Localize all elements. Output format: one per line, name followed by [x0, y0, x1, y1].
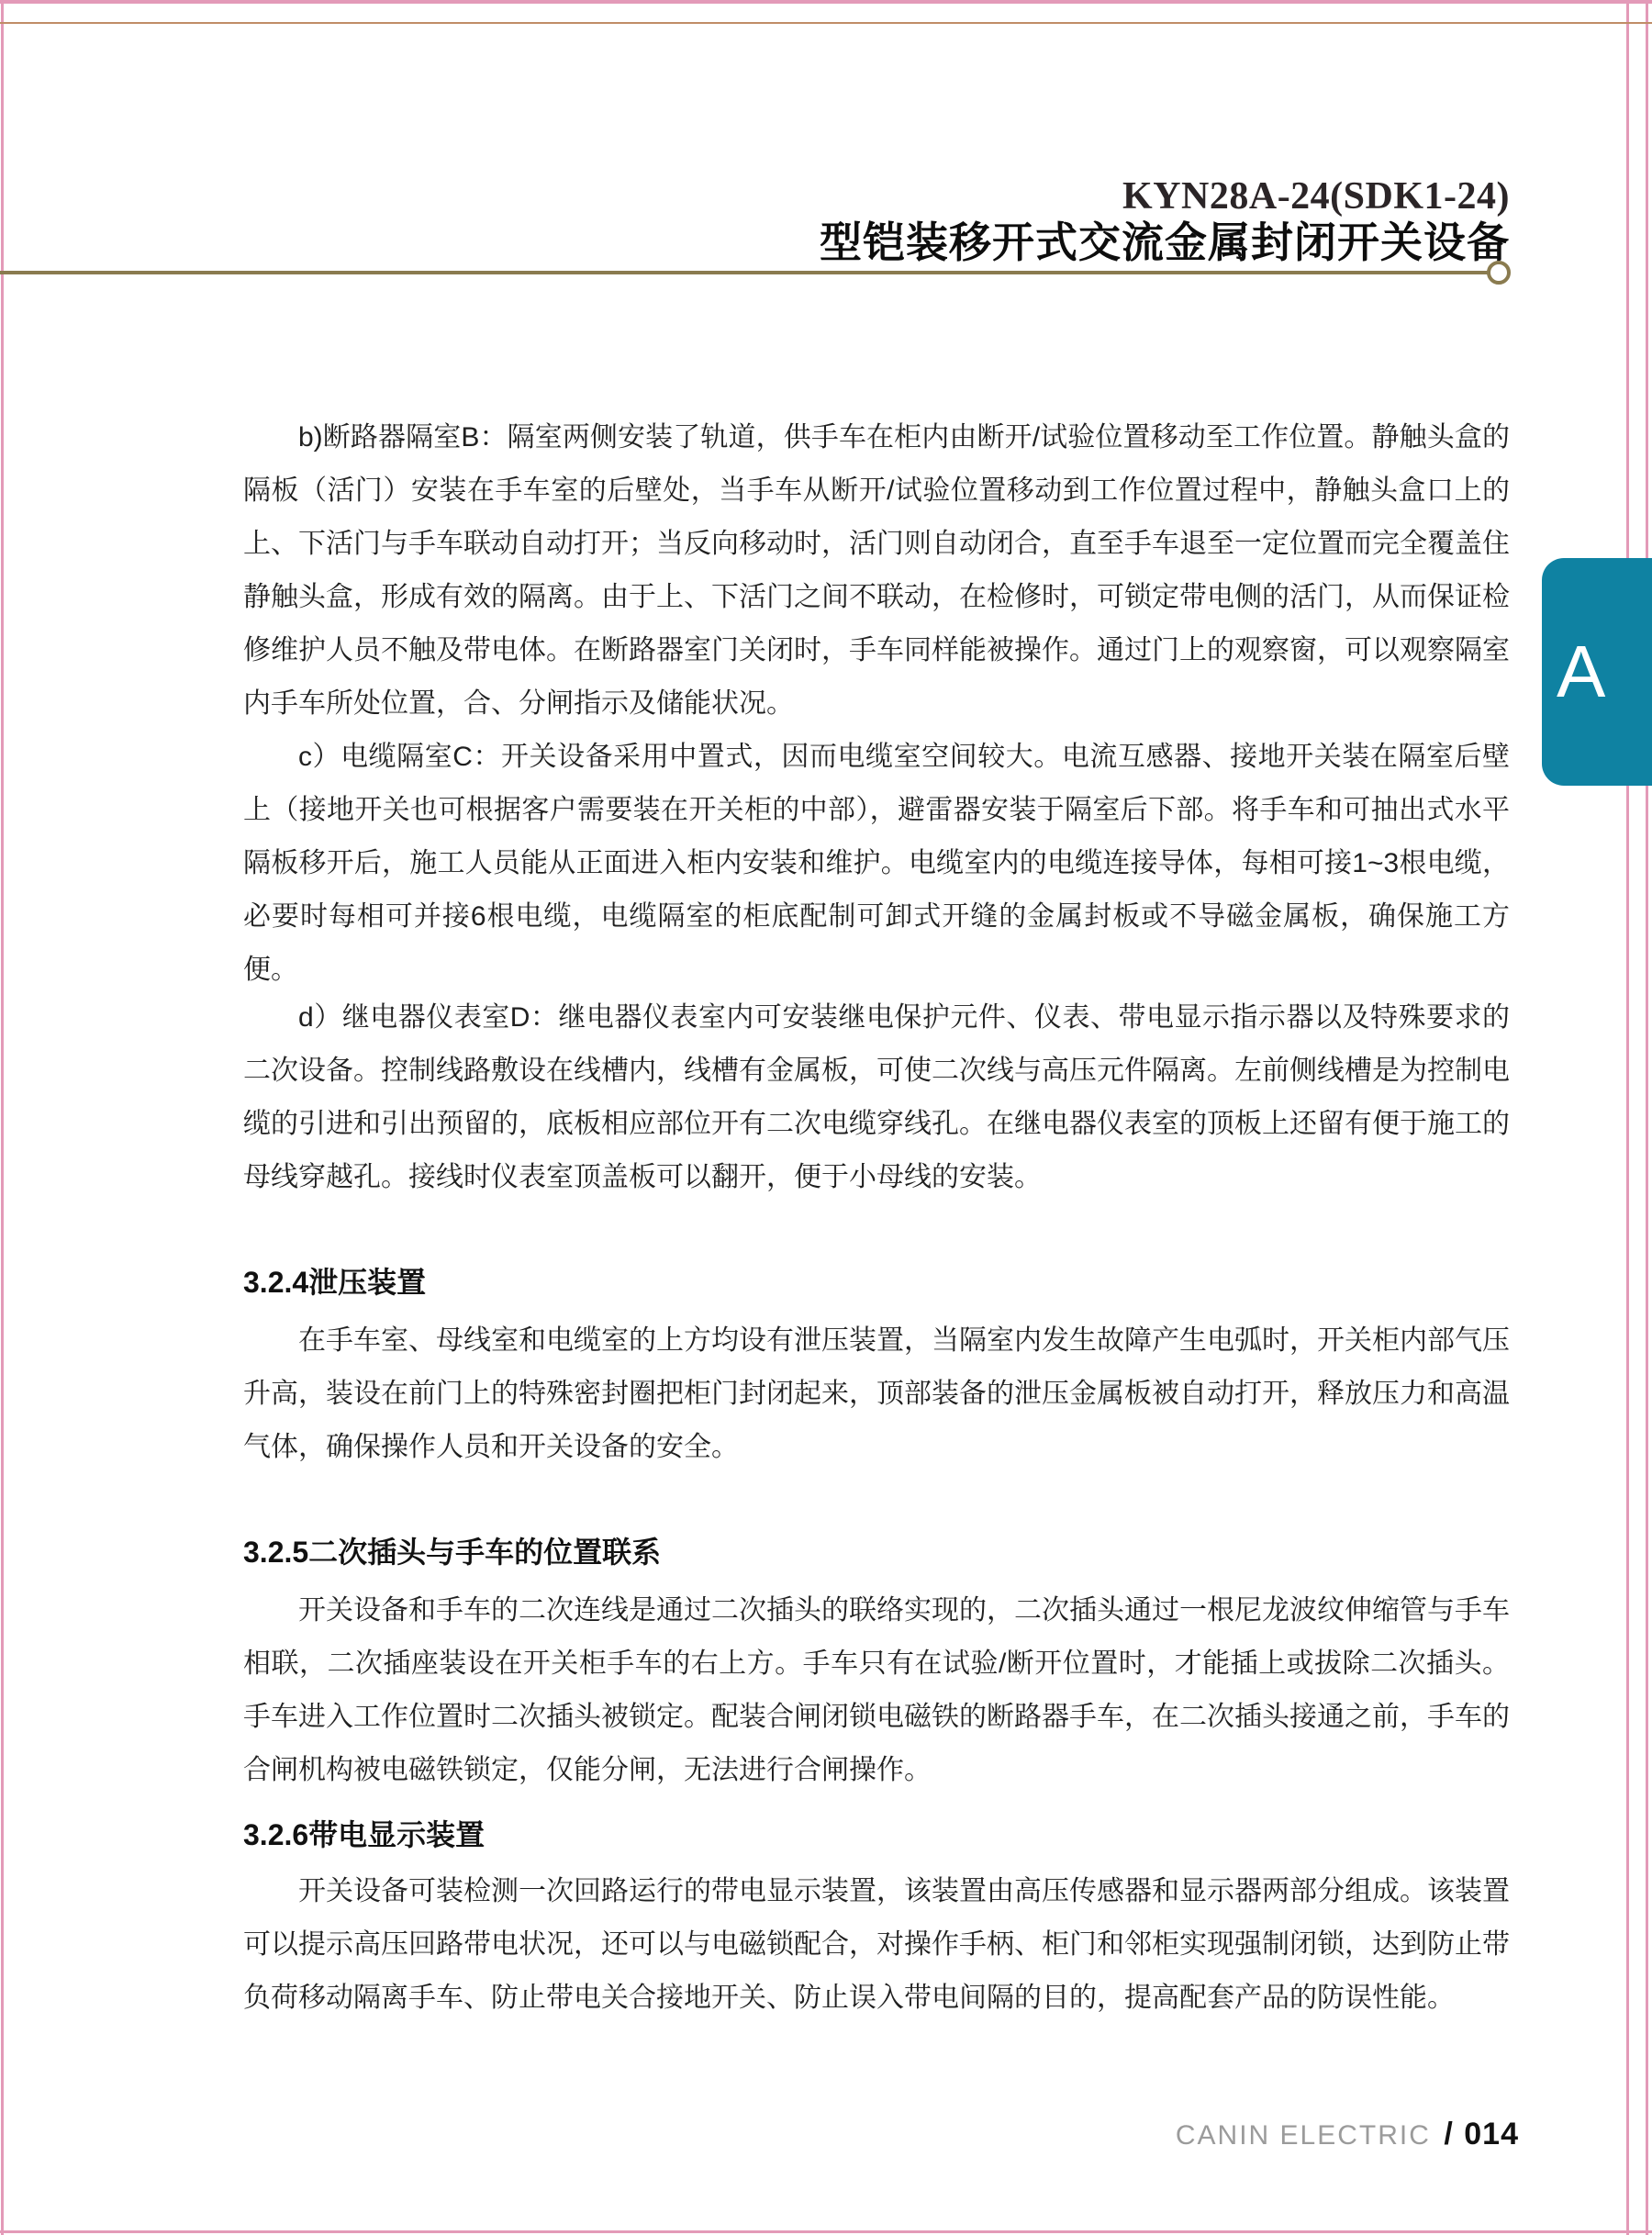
section-tab-label: A	[1542, 635, 1605, 709]
paragraph-pressure-relief: 在手车室、母线室和电缆室的上方均设有泄压装置，当隔室内发生故障产生电弧时，开关柜…	[243, 1314, 1510, 1474]
paragraph-secondary-plug: 开关设备和手车的二次连线是通过二次插头的联络实现的，二次插头通过一根尼龙波纹伸缩…	[243, 1584, 1510, 1797]
document-page: KYN28A-24(SDK1-24) 型铠装移开式交流金属封闭开关设备 A b)…	[0, 0, 1652, 2235]
page-header: KYN28A-24(SDK1-24) 型铠装移开式交流金属封闭开关设备	[820, 176, 1510, 266]
page-border-top	[0, 0, 1652, 4]
heading-3-2-5: 3.2.5二次插头与手车的位置联系	[243, 1525, 1510, 1579]
heading-3-2-6: 3.2.6带电显示装置	[243, 1808, 1510, 1861]
paragraph-cable-compartment: c）电缆隔室C：开关设备采用中置式，因而电缆室空间较大。电流互感器、接地开关装在…	[243, 731, 1510, 997]
model-title: KYN28A-24(SDK1-24)	[820, 176, 1510, 217]
paragraph-voltage-indicator: 开关设备可装检测一次回路运行的带电显示装置，该装置由高压传感器和显示器两部分组成…	[243, 1865, 1510, 2025]
footer-page-number: 014	[1464, 2117, 1519, 2151]
paragraph-breaker-compartment: b)断路器隔室B：隔室两侧安装了轨道，供手车在柜内由断开/试验位置移动至工作位置…	[243, 411, 1510, 731]
page-border-right-inner	[1626, 0, 1629, 2235]
page-border-left	[1, 0, 4, 2235]
page-border-bottom	[0, 2230, 1652, 2233]
top-accent-rule	[0, 22, 1652, 24]
rule-end-circle	[1487, 261, 1511, 285]
paragraph-relay-compartment: d）继电器仪表室D：继电器仪表室内可安装继电保护元件、仪表、带电显示指示器以及特…	[243, 991, 1510, 1204]
footer-separator: /	[1444, 2117, 1452, 2151]
page-border-right-outer	[1646, 0, 1648, 2235]
header-rule-line	[0, 271, 1489, 274]
heading-3-2-4: 3.2.4泄压装置	[243, 1256, 1510, 1309]
page-footer: CANIN ELECTRIC / 014	[1176, 2117, 1519, 2152]
footer-company-name: CANIN ELECTRIC	[1176, 2120, 1431, 2151]
product-subtitle: 型铠装移开式交流金属封闭开关设备	[820, 218, 1510, 266]
section-tab-a: A	[1542, 558, 1652, 786]
